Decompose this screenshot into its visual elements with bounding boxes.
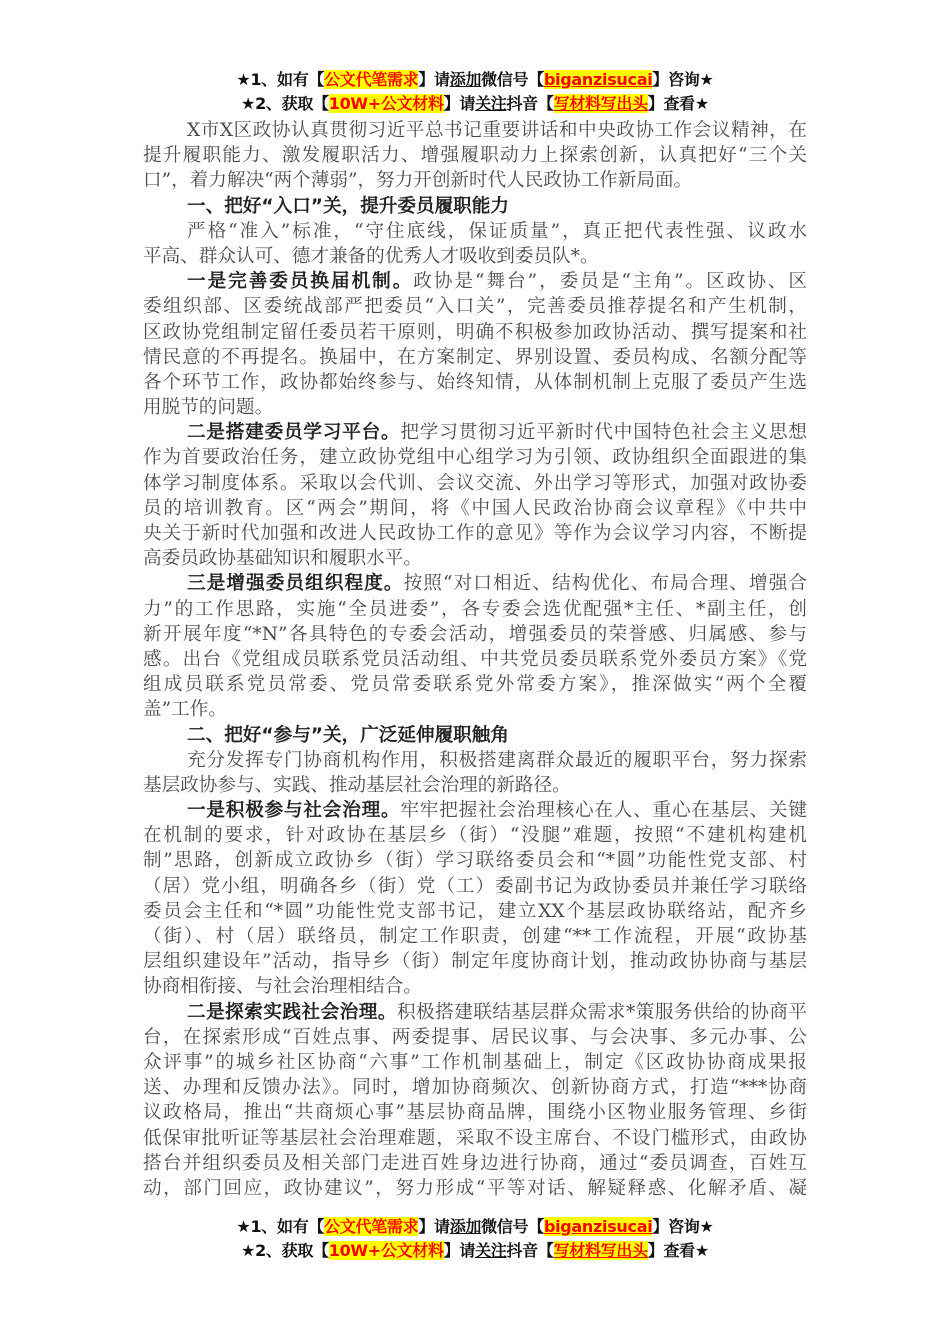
line-text: X市X区政协认真贯彻习近平总书记重要讲话和中央政协工作会议精神，在 [187, 120, 807, 141]
line-text: 区政协党组制定留任委员若干原则，明确不积极参加政协活动、撰写提案和社 [143, 322, 807, 343]
paragraph-line: 在机制的要求，针对政协在基层乡（街）“没腿”难题，按照“不建机构建机 [143, 823, 807, 848]
line-text: 二、把好“参与”关，广泛延伸履职触角 [187, 725, 509, 746]
paragraph-line: （街）、村（居）联络员，制定工作职责，创建“**工作流程，开展“政协基 [143, 924, 807, 949]
line-text: 盖”工作。 [143, 699, 227, 720]
line-text: 委组织部、区委统战部严把委员“入口关”，完善委员推荐提名和产生机制， [143, 296, 807, 317]
underlined-add: 添加 [450, 1217, 481, 1236]
line-text: 各个环节工作，政协都始终参与、始终知情，从体制机制上克服了委员产生选 [143, 372, 807, 393]
line-text: 政协是“舞台”，委员是“主角”。区政协、区 [413, 271, 807, 292]
paragraph-line: 众评事”的城乡社区协商“六事”工作机制基础上，制定《区政协协商成果报 [143, 1050, 807, 1075]
highlight-materials: 10W+公文材料 [329, 94, 444, 113]
line-text: 牢牢把握社会治理核心在人、重心在基层、关键 [400, 800, 807, 821]
promo-line-1: ★1、如有【公文代笔需求】请添加微信号【biganzisucai】咨询★ [0, 1215, 950, 1239]
line-text: 提升履职能力、激发履职活力、增强履职动力上探索创新，认真把好“三个关 [143, 145, 807, 166]
paragraph-line: 议政格局，推出“共商烦心事”基层协商品牌，围绕小区物业服务管理、乡街 [143, 1100, 807, 1125]
line-text: 充分发挥专门协商机构作用，积极搭建离群众最近的履职平台，努力探索 [187, 750, 807, 771]
line-text: 感。出台《党组成员联系党员活动组、中共党员委员联系党外委员方案》《党 [143, 649, 807, 670]
paragraph-line: 送、办理和反馈办法》。同时，增加协商频次、创新协商方式，打造“***协商 [143, 1075, 807, 1100]
line-text: 用脱节的问题。 [143, 397, 273, 418]
bold-lead-phrase: 二是搭建委员学习平台。 [187, 422, 400, 443]
paragraph-line: 委组织部、区委统战部严把委员“入口关”，完善委员推荐提名和产生机制， [143, 294, 807, 319]
line-text: 体学习制度体系。采取以会代训、会议交流、外出学习等形式，加强对政协委 [143, 473, 807, 494]
document-body: X市X区政协认真贯彻习近平总书记重要讲话和中央政协工作会议精神，在提升履职能力、… [143, 118, 807, 1201]
line-text: 严格“准入”标准，“守住底线，保证质量”，真正把代表性强、议政水 [187, 221, 807, 242]
line-text: 议政格局，推出“共商烦心事”基层协商品牌，围绕小区物业服务管理、乡街 [143, 1102, 807, 1123]
paragraph-line: 提升履职能力、激发履职活力、增强履职动力上探索创新，认真把好“三个关 [143, 143, 807, 168]
paragraph-line: 情民意的不再提名。换届中，在方案制定、界别设置、委员构成、名额分配等 [143, 345, 807, 370]
line-text: 新开展年度“*N”各具特色的专委会活动，增强委员的荣誉感、归属感、参与 [143, 624, 807, 645]
line-text: 低保审批听证等基层社会治理难题，采取不设主席台、不设门槛形式，由政协 [143, 1128, 807, 1149]
paragraph-first-line: 二是探索实践社会治理。积极搭建联结基层群众需求*策服务供给的协商平 [143, 1000, 807, 1025]
line-text: 层组织建设年”活动，指导乡（街）制定年度协商计划，推动政协协商与基层 [143, 951, 807, 972]
line-text: 台，在探索形成“百姓点事、两委提事、居民议事、与会决事、多元办事、公 [143, 1027, 807, 1048]
paragraph-line: 搭台并组织委员及相关部门走进百姓身边进行协商，通过“委员调查，百姓互 [143, 1151, 807, 1176]
paragraph-last-line: 平高、群众认可、德才兼备的优秀人才吸收到委员队*。 [143, 244, 807, 269]
underlined-follow: 关注 [475, 1241, 506, 1260]
line-text: 委员会主任和“*圆”功能性党支部书记，建立XX个基层政协联络站，配齐乡 [143, 901, 807, 922]
line-text: 作为首要政治任务，建立政协党组中心组学习为引领、政协组织全面跟进的集 [143, 447, 807, 468]
paragraph-line: 组成员联系党员常委、党员常委联系党外常委方案》，推深做实“两个全覆 [143, 672, 807, 697]
paragraph-line: 新开展年度“*N”各具特色的专委会活动，增强委员的荣誉感、归属感、参与 [143, 622, 807, 647]
line-text: 送、办理和反馈办法》。同时，增加协商频次、创新协商方式，打造“***协商 [143, 1077, 807, 1098]
promo-banner-top: ★1、如有【公文代笔需求】请添加微信号【biganzisucai】咨询★ ★2、… [0, 68, 950, 116]
promo-line-2: ★2、获取【10W+公文材料】请关注抖音【写材料写出头】查看★ [0, 92, 950, 116]
paragraph-line: 制”思路，创新成立政协乡（街）学习联络委员会和“*圆”功能性党支部、村 [143, 848, 807, 873]
section-heading: 一、把好“入口”关，提升委员履职能力 [143, 194, 807, 219]
paragraph-line: 体学习制度体系。采取以会代训、会议交流、外出学习等形式，加强对政协委 [143, 471, 807, 496]
promo-line-1: ★1、如有【公文代笔需求】请添加微信号【biganzisucai】咨询★ [0, 68, 950, 92]
bold-lead-phrase: 二是探索实践社会治理。 [187, 1002, 397, 1023]
paragraph-line: 作为首要政治任务，建立政协党组中心组学习为引领、政协组织全面跟进的集 [143, 445, 807, 470]
paragraph-last-line: 协商相衔接、与社会治理相结合。 [143, 974, 807, 999]
paragraph-last-line: 盖”工作。 [143, 697, 807, 722]
paragraph-last-line: 口”，着力解决“两个薄弱”，努力开创新时代人民政协工作新局面。 [143, 168, 807, 193]
line-text: （街）、村（居）联络员，制定工作职责，创建“**工作流程，开展“政协基 [143, 926, 807, 947]
line-text: 搭台并组织委员及相关部门走进百姓身边进行协商，通过“委员调查，百姓互 [143, 1153, 807, 1174]
promo-line-2: ★2、获取【10W+公文材料】请关注抖音【写材料写出头】查看★ [0, 1239, 950, 1263]
line-text: 众评事”的城乡社区协商“六事”工作机制基础上，制定《区政协协商成果报 [143, 1052, 807, 1073]
line-text: 一、把好“入口”关，提升委员履职能力 [187, 196, 509, 217]
paragraph-line: 各个环节工作，政协都始终参与、始终知情，从体制机制上克服了委员产生选 [143, 370, 807, 395]
paragraph-last-line: 用脱节的问题。 [143, 395, 807, 420]
bold-lead-phrase: 一是积极参与社会治理。 [187, 800, 400, 821]
highlight-ghostwriting: 公文代笔需求 [324, 70, 418, 89]
line-text: 口”，着力解决“两个薄弱”，努力开创新时代人民政协工作新局面。 [143, 170, 692, 191]
line-text: 积极搭建联结基层群众需求*策服务供给的协商平 [397, 1002, 807, 1023]
paragraph-line: 层组织建设年”活动，指导乡（街）制定年度协商计划，推动政协协商与基层 [143, 949, 807, 974]
line-text: 协商相衔接、与社会治理相结合。 [143, 976, 422, 997]
douyin-id: 写材料写出头 [554, 1241, 648, 1260]
paragraph-first-line: 充分发挥专门协商机构作用，积极搭建离群众最近的履职平台，努力探索 [143, 748, 807, 773]
paragraph-line: 低保审批听证等基层社会治理难题，采取不设主席台、不设门槛形式，由政协 [143, 1126, 807, 1151]
bold-lead-phrase: 一是完善委员换届机制。 [187, 271, 413, 292]
wechat-id: biganzisucai [544, 70, 652, 89]
line-text: 把学习贯彻习近平新时代中国特色社会主义思想 [400, 422, 807, 443]
line-text: 动，部门回应，政协建议”，努力形成“平等对话、解疑释惑、化解矛盾、凝 [143, 1178, 807, 1199]
paragraph-first-line: X市X区政协认真贯彻习近平总书记重要讲话和中央政协工作会议精神，在 [143, 118, 807, 143]
paragraph-last-line: 基层政协参与、实践、推动基层社会治理的新路径。 [143, 773, 807, 798]
paragraph-line: 感。出台《党组成员联系党员活动组、中共党员委员联系党外委员方案》《党 [143, 647, 807, 672]
paragraph-line: 央关于新时代加强和改进人民政协工作的意见》等作为会议学习内容，不断提 [143, 521, 807, 546]
underlined-follow: 关注 [475, 94, 506, 113]
document-page: ★1、如有【公文代笔需求】请添加微信号【biganzisucai】咨询★ ★2、… [0, 0, 950, 1344]
paragraph-line: 委员会主任和“*圆”功能性党支部书记，建立XX个基层政协联络站，配齐乡 [143, 899, 807, 924]
paragraph-line: 区政协党组制定留任委员若干原则，明确不积极参加政协活动、撰写提案和社 [143, 320, 807, 345]
line-text: 员的培训教育。区“两会”期间，将《中国人民政治协商会议章程》《中共中 [143, 498, 807, 519]
paragraph-line: 台，在探索形成“百姓点事、两委提事、居民议事、与会决事、多元办事、公 [143, 1025, 807, 1050]
promo-banner-bottom: ★1、如有【公文代笔需求】请添加微信号【biganzisucai】咨询★ ★2、… [0, 1215, 950, 1263]
paragraph-line: 动，部门回应，政协建议”，努力形成“平等对话、解疑释惑、化解矛盾、凝 [143, 1176, 807, 1201]
line-text: （居）党小组，明确各乡（街）党（工）委副书记为政协委员并兼任学习联络 [143, 876, 807, 897]
douyin-id: 写材料写出头 [554, 94, 648, 113]
underlined-add: 添加 [450, 70, 481, 89]
paragraph-line: （居）党小组，明确各乡（街）党（工）委副书记为政协委员并兼任学习联络 [143, 874, 807, 899]
line-text: 央关于新时代加强和改进人民政协工作的意见》等作为会议学习内容，不断提 [143, 523, 807, 544]
line-text: 高委员政协基础知识和履职水平。 [143, 548, 422, 569]
paragraph-first-line: 二是搭建委员学习平台。把学习贯彻习近平新时代中国特色社会主义思想 [143, 420, 807, 445]
paragraph-last-line: 高委员政协基础知识和履职水平。 [143, 546, 807, 571]
wechat-id: biganzisucai [544, 1217, 652, 1236]
line-text: 制”思路，创新成立政协乡（街）学习联络委员会和“*圆”功能性党支部、村 [143, 850, 807, 871]
line-text: 力”的工作思路，实施“全员进委”，各专委会选优配强*主任、*副主任，创 [143, 599, 807, 620]
line-text: 按照“对口相近、结构优化、布局合理、增强合 [404, 573, 807, 594]
paragraph-first-line: 一是完善委员换届机制。政协是“舞台”，委员是“主角”。区政协、区 [143, 269, 807, 294]
highlight-ghostwriting: 公文代笔需求 [324, 1217, 418, 1236]
paragraph-first-line: 严格“准入”标准，“守住底线，保证质量”，真正把代表性强、议政水 [143, 219, 807, 244]
line-text: 基层政协参与、实践、推动基层社会治理的新路径。 [143, 775, 571, 796]
line-text: 组成员联系党员常委、党员常委联系党外常委方案》，推深做实“两个全覆 [143, 674, 807, 695]
paragraph-first-line: 一是积极参与社会治理。牢牢把握社会治理核心在人、重心在基层、关键 [143, 798, 807, 823]
line-text: 在机制的要求，针对政协在基层乡（街）“没腿”难题，按照“不建机构建机 [143, 825, 807, 846]
paragraph-line: 力”的工作思路，实施“全员进委”，各专委会选优配强*主任、*副主任，创 [143, 597, 807, 622]
highlight-materials: 10W+公文材料 [329, 1241, 444, 1260]
line-text: 情民意的不再提名。换届中，在方案制定、界别设置、委员构成、名额分配等 [143, 347, 807, 368]
bold-lead-phrase: 三是增强委员组织程度。 [187, 573, 404, 594]
paragraph-line: 员的培训教育。区“两会”期间，将《中国人民政治协商会议章程》《中共中 [143, 496, 807, 521]
section-heading: 二、把好“参与”关，广泛延伸履职触角 [143, 723, 807, 748]
line-text: 平高、群众认可、德才兼备的优秀人才吸收到委员队*。 [143, 246, 599, 267]
paragraph-first-line: 三是增强委员组织程度。按照“对口相近、结构优化、布局合理、增强合 [143, 571, 807, 596]
